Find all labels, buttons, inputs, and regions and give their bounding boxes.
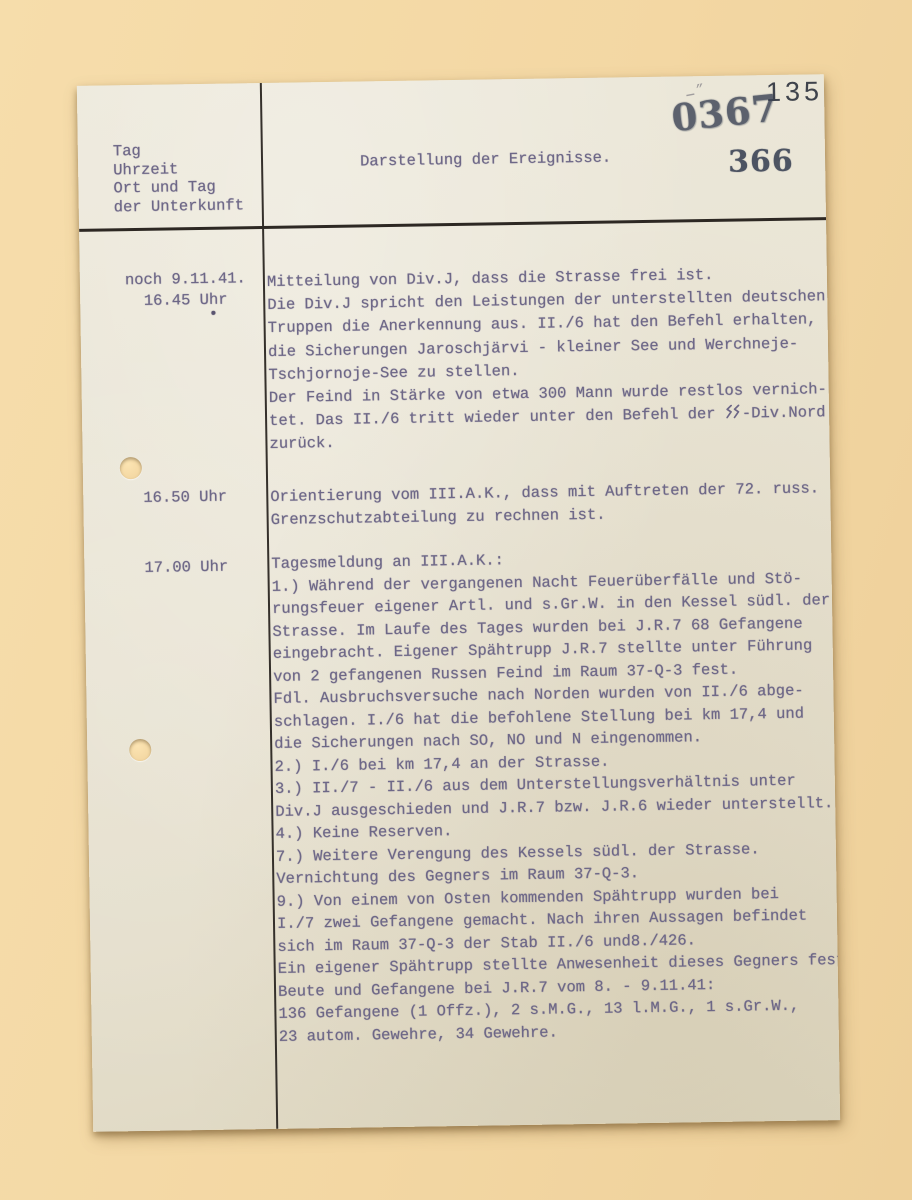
- entry-2-text: Orientierung vom III.A.K., dass mit Auft…: [270, 477, 819, 532]
- text-line: 16.50 Uhr: [143, 487, 227, 509]
- text-line: Uhrzeit: [113, 159, 244, 180]
- punch-hole-top: [120, 457, 142, 479]
- header-column-label: TagUhrzeitOrt und Tagder Unterkunft: [113, 140, 244, 216]
- punch-hole-bottom: [129, 739, 151, 761]
- header-divider-line: [79, 217, 826, 232]
- entry-1-time-label: noch 9.11.41. 16.45 Uhr: [125, 268, 247, 312]
- entry-2-time-label: 16.50 Uhr: [143, 487, 227, 509]
- document-page: TagUhrzeitOrt und Tagder Unterkunft Dars…: [77, 74, 840, 1132]
- text-line: 16.45 Uhr: [125, 289, 246, 312]
- stamp-number: 0367: [669, 85, 780, 140]
- entry-1-text: Mitteilung von Div.J, dass die Strasse f…: [267, 262, 828, 456]
- text-line: 17.00 Uhr: [144, 557, 228, 579]
- text-line: Ort und Tag: [113, 177, 244, 198]
- entry-3-text: Tagesmeldung an III.A.K.:1.) Während der…: [271, 544, 840, 1048]
- text-line: der Unterkunft: [114, 196, 245, 217]
- entry-3-time-label: 17.00 Uhr: [144, 557, 228, 579]
- ink-dot: [211, 311, 215, 315]
- text-line: noch 9.11.41.: [125, 268, 246, 291]
- events-column-header: Darstellung der Ereignisse.: [360, 149, 611, 171]
- stamp-number-secondary: 366: [728, 144, 794, 180]
- ss-runes-symbol: [726, 405, 741, 419]
- text-line: Tag: [113, 140, 244, 161]
